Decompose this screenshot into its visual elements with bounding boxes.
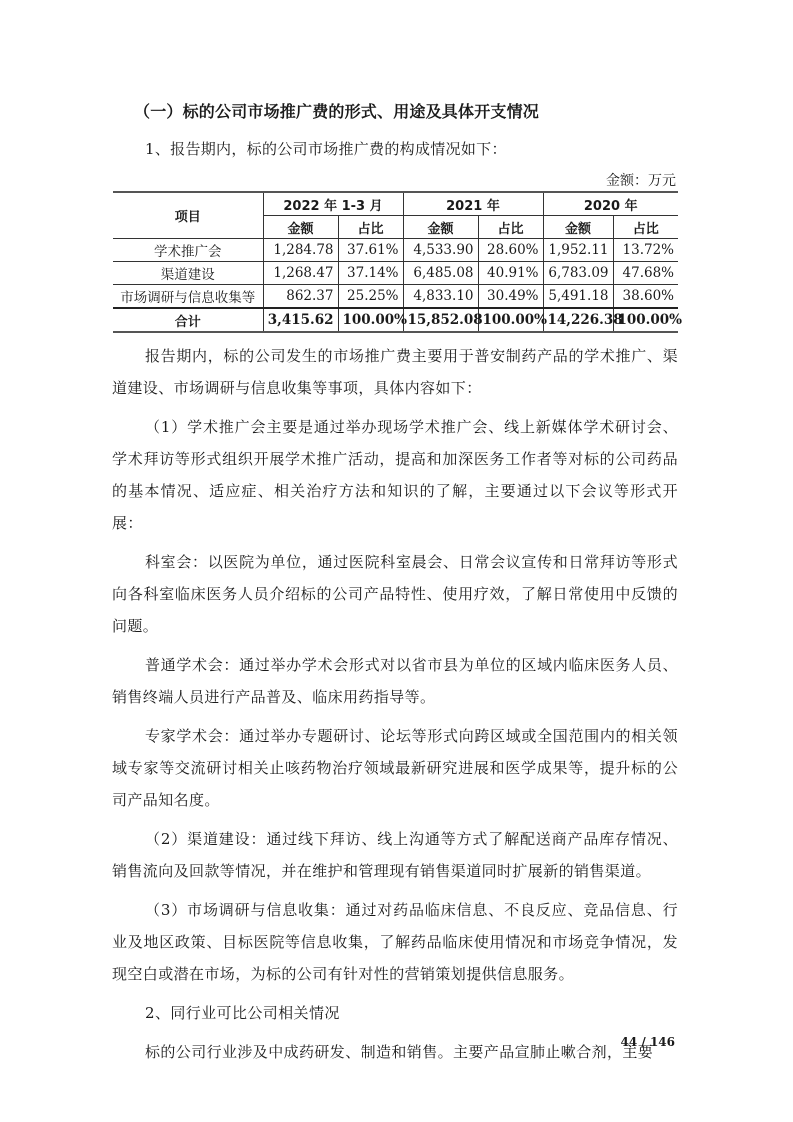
- row-label: 学术推广会: [113, 239, 263, 262]
- paragraph: （1）学术推广会主要是通过举办现场学术推广会、线上新媒体学术研讨会、学术拜访等形…: [112, 411, 678, 539]
- table-row: 市场调研与信息收集等 862.37 25.25% 4,833.10 30.49%…: [113, 285, 678, 309]
- cell-ratio: 28.60%: [478, 239, 543, 262]
- cell-amount: 6,485.08: [403, 262, 478, 285]
- cell-ratio: 38.60%: [613, 285, 678, 309]
- header-amount: 金额: [263, 216, 338, 239]
- table-total-row: 合计 3,415.62 100.00% 15,852.08 100.00% 14…: [113, 308, 678, 332]
- cell-ratio: 37.61%: [338, 239, 403, 262]
- cell-amount: 1,284.78: [263, 239, 338, 262]
- cell-ratio: 47.68%: [613, 262, 678, 285]
- sub-heading: 1、报告期内，标的公司市场推广费的构成情况如下：: [145, 138, 507, 159]
- row-label: 渠道建设: [113, 262, 263, 285]
- paragraph: 专家学术会：通过举办专题研讨、论坛等形式向跨区域或全国范围内的相关领域专家等交流…: [112, 720, 678, 816]
- paragraph: 报告期内，标的公司发生的市场推广费主要用于普安制药产品的学术推广、渠道建设、市场…: [112, 340, 678, 404]
- table-header-row: 项目 2022 年 1-3 月 2021 年 2020 年: [113, 192, 678, 216]
- total-label: 合计: [113, 308, 263, 332]
- table-row: 学术推广会 1,284.78 37.61% 4,533.90 28.60% 1,…: [113, 239, 678, 262]
- header-item: 项目: [113, 192, 263, 239]
- total-ratio: 100.00%: [338, 308, 403, 332]
- cell-ratio: 25.25%: [338, 285, 403, 309]
- marketing-expense-table: 项目 2022 年 1-3 月 2021 年 2020 年 金额 占比 金额 占…: [113, 191, 678, 333]
- paragraph: （2）渠道建设：通过线下拜访、线上沟通等方式了解配送商产品库存情况、销售流向及回…: [112, 823, 678, 887]
- cell-amount: 4,833.10: [403, 285, 478, 309]
- total-ratio: 100.00%: [613, 308, 678, 332]
- cell-amount: 1,952.11: [543, 239, 613, 262]
- cell-amount: 862.37: [263, 285, 338, 309]
- header-ratio: 占比: [613, 216, 678, 239]
- row-label: 市场调研与信息收集等: [113, 285, 263, 309]
- page-number: 44 / 146: [621, 1035, 676, 1049]
- sub-heading-2: 2、同行业可比公司相关情况: [112, 997, 678, 1029]
- header-period: 2022 年 1-3 月: [263, 192, 403, 216]
- cell-ratio: 30.49%: [478, 285, 543, 309]
- section-title: （一）标的公司市场推广费的形式、用途及具体开支情况: [134, 99, 539, 122]
- cell-ratio: 40.91%: [478, 262, 543, 285]
- table-row: 渠道建设 1,268.47 37.14% 6,485.08 40.91% 6,7…: [113, 262, 678, 285]
- total-ratio: 100.00%: [478, 308, 543, 332]
- total-amount: 15,852.08: [403, 308, 478, 332]
- header-ratio: 占比: [338, 216, 403, 239]
- header-ratio: 占比: [478, 216, 543, 239]
- total-amount: 3,415.62: [263, 308, 338, 332]
- body-text: 报告期内，标的公司发生的市场推广费主要用于普安制药产品的学术推广、渠道建设、市场…: [112, 340, 678, 1075]
- paragraph: （3）市场调研与信息收集：通过对药品临床信息、不良反应、竞品信息、行业及地区政策…: [112, 894, 678, 990]
- paragraph: 科室会：以医院为单位，通过医院科室晨会、日常会议宣传和日常拜访等形式向各科室临床…: [112, 546, 678, 642]
- cell-amount: 5,491.18: [543, 285, 613, 309]
- header-amount: 金额: [403, 216, 478, 239]
- header-period: 2020 年: [543, 192, 678, 216]
- total-amount: 14,226.38: [543, 308, 613, 332]
- unit-label: 金额：万元: [606, 170, 676, 190]
- paragraph: 标的公司行业涉及中成药研发、制造和销售。主要产品宣肺止嗽合剂，主要: [112, 1036, 678, 1068]
- cell-amount: 4,533.90: [403, 239, 478, 262]
- document-page: （一）标的公司市场推广费的形式、用途及具体开支情况 1、报告期内，标的公司市场推…: [0, 0, 793, 1122]
- cell-ratio: 13.72%: [613, 239, 678, 262]
- cell-amount: 6,783.09: [543, 262, 613, 285]
- paragraph: 普通学术会：通过举办学术会形式对以省市县为单位的区域内临床医务人员、销售终端人员…: [112, 649, 678, 713]
- header-period: 2021 年: [403, 192, 543, 216]
- header-amount: 金额: [543, 216, 613, 239]
- cell-amount: 1,268.47: [263, 262, 338, 285]
- cell-ratio: 37.14%: [338, 262, 403, 285]
